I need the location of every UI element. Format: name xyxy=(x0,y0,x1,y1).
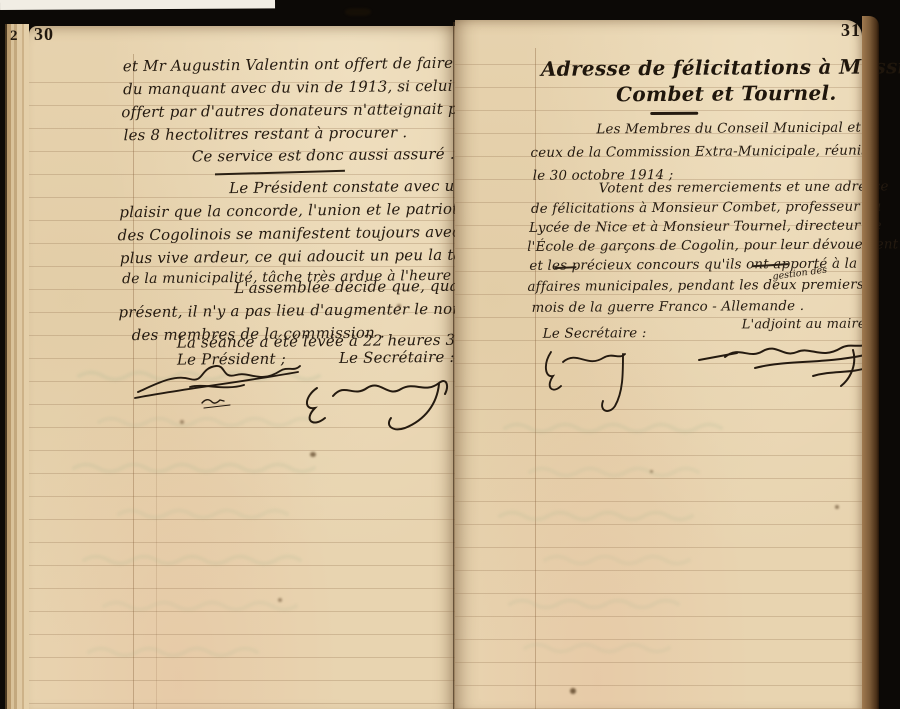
stain-spot xyxy=(180,420,184,424)
signature-adjoint xyxy=(693,330,873,392)
scan-background-sliver xyxy=(0,0,275,10)
section-title-line: Combet et Tournel. xyxy=(616,81,837,107)
handwriting-line: du manquant avec du vin de 1913, si celu… xyxy=(123,77,453,98)
handwriting-line: Ce service est donc aussi assuré . xyxy=(192,145,455,166)
signature-president xyxy=(132,356,312,412)
page-left: 30 et Mr Augustin Valentin ont offert de… xyxy=(29,26,455,709)
stain-spot xyxy=(278,598,282,602)
page-edge-stack-left xyxy=(5,24,29,709)
handwriting-line: les 8 hectolitres restant à procurer . xyxy=(123,123,407,144)
signature-secretaire-left xyxy=(289,362,454,440)
handwriting-line: plaisir que la concorde, l'union et le p… xyxy=(119,199,495,221)
register-book-spread: 2 30 et Mr Augustin Valentin ont off xyxy=(0,0,900,709)
binding-blemish xyxy=(345,8,371,16)
handwriting-line: plus vive ardeur, ce qui adoucit un peu … xyxy=(120,245,491,267)
stain-spot xyxy=(397,304,401,308)
separator-line xyxy=(215,170,345,176)
handwriting-line: l'École de garçons de Cogolin, pour leur… xyxy=(527,237,898,255)
stain-spot xyxy=(310,452,316,457)
handwriting-line: Lycée de Nice et à Monsieur Tournel, dir… xyxy=(529,218,882,235)
stain-spot xyxy=(835,505,839,509)
handwriting-line: L'assemblée décide que, quant à xyxy=(234,276,489,297)
handwriting-line: Votent des remerciements et une adresse xyxy=(599,179,889,196)
stain-spot xyxy=(570,688,576,694)
handwriting-line: de félicitations à Monsieur Combet, prof… xyxy=(531,199,882,216)
stain-spot xyxy=(650,470,653,473)
signature-secretaire-right xyxy=(533,338,643,418)
handwriting-line: et Mr Augustin Valentin ont offert de fa… xyxy=(123,53,487,75)
page-right: 31 Adresse de félicitations à Messieurs … xyxy=(455,20,862,709)
corner-mark: 2 xyxy=(10,28,18,45)
handwriting-line: Les Membres du Conseil Municipal et xyxy=(596,121,861,138)
handwriting-line: des Cogolinois se manifestent toujours a… xyxy=(118,222,495,244)
handwriting-line: mois de la guerre Franco - Allemande . xyxy=(532,299,805,316)
section-title-line: Adresse de félicitations à Messieurs xyxy=(541,54,900,81)
handwriting-line: présent, il n'y a pas lieu d'augmenter l… xyxy=(118,299,493,321)
title-underline xyxy=(650,112,698,115)
handwriting-line: ceux de la Commission Extra-Municipale, … xyxy=(530,144,868,161)
handwriting-line: affaires municipales, pendant les deux p… xyxy=(527,278,864,295)
handwriting-line: offert par d'autres donateurs n'atteigna… xyxy=(121,100,475,122)
page-edge-right xyxy=(862,16,879,709)
